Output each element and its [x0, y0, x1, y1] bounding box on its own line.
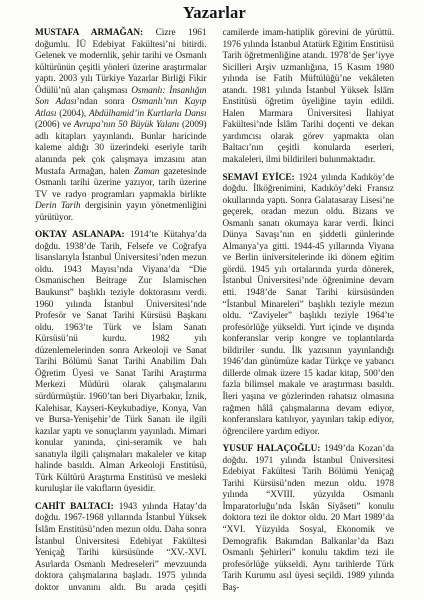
- bio-book-title: Derin Tarih: [35, 201, 81, 211]
- author-entry: SEMAVİ EYİCE: 1924 yılında Kadıköy’de do…: [223, 173, 395, 439]
- bio-text: (2004),: [56, 109, 89, 119]
- author-name: OKTAY ASLANAPA:: [35, 230, 125, 240]
- author-name: CAHİT BALTACI:: [35, 502, 114, 512]
- bio-book-title: Avrupa’nın 50 Büyük Yalanı: [74, 120, 179, 130]
- author-name: SEMAVİ EYİCE:: [223, 173, 295, 183]
- page-title: Yazarlar: [35, 3, 394, 23]
- bio-text: 1924 yılında Kadıköy’de doğdu. İlköğreni…: [223, 173, 395, 437]
- bio-text: ’ndan sonra: [77, 97, 132, 107]
- author-entry: MUSTAFA ARMAĞAN: Cizre 1961 doğumlu. İÜ …: [35, 28, 207, 224]
- author-name: YUSUF HALAÇOĞLU:: [223, 444, 321, 454]
- bio-text: 1949’da Kozan’da doğdu. 1971 yılında İst…: [223, 444, 395, 593]
- two-column-text-body: MUSTAFA ARMAĞAN: Cizre 1961 doğumlu. İÜ …: [35, 28, 394, 600]
- bio-book-title: Zaman: [134, 167, 160, 177]
- author-entry: YUSUF HALAÇOĞLU: 1949’da Kozan’da doğdu.…: [223, 444, 395, 594]
- author-name: MUSTAFA ARMAĞAN:: [35, 28, 143, 38]
- bio-text: (2006) ve: [35, 120, 74, 130]
- bio-text: 1914’te Kütahya’da doğdu. 1938’de Tarih,…: [35, 230, 207, 494]
- author-entry: OKTAY ASLANAPA: 1914’te Kütahya’da doğdu…: [35, 230, 207, 496]
- bio-book-title: Abdülhamid’in Kurtlarla Dansı: [89, 109, 207, 119]
- book-page: Yazarlar MUSTAFA ARMAĞAN: Cizre 1961 doğ…: [0, 0, 424, 600]
